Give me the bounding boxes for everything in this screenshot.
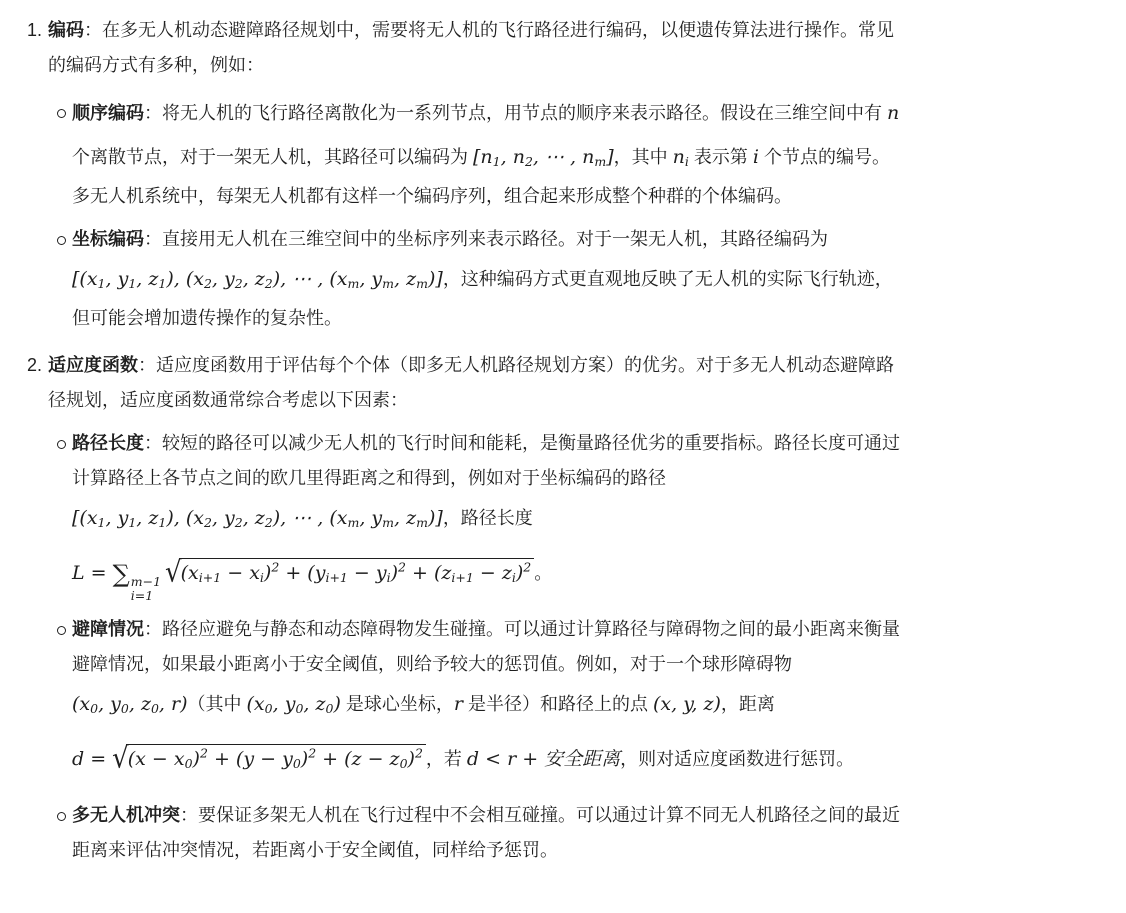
text-line: 避障情况：路径应避免与静态和动态障碍物发生碰撞。可以通过计算路径与障碍物之间的最… — [72, 612, 1126, 647]
text-run: 距离来评估冲突情况，若距离小于安全阈值，同样给予惩罚。 — [72, 840, 558, 860]
math-inline: (x0, y0, z0, r) — [72, 693, 188, 715]
text-line: 坐标编码：直接用无人机在三维空间中的坐标序列来表示路径。对于一架无人机，其路径编… — [72, 222, 1126, 257]
bold-term: 避障情况 — [72, 619, 144, 639]
list-number: 2. — [27, 348, 48, 383]
math-inline: [n1, n2, ⋯ , nm] — [473, 146, 614, 168]
ordered-list: 1.编码：在多无人机动态避障路径规划中，需要将无人机的飞行路径进行编码，以便遗传… — [0, 0, 1126, 868]
text-run: 个节点的编号。 — [759, 147, 890, 167]
bullet-marker — [48, 91, 72, 118]
text-line: 顺序编码：将无人机的飞行路径离散化为一系列节点，用节点的顺序来表示路径。假设在三… — [72, 91, 1126, 135]
text-line: 编码：在多无人机动态避障路径规划中，需要将无人机的飞行路径进行编码，以便遗传算法… — [48, 13, 1126, 48]
text-run: 多无人机系统中，每架无人机都有这样一个编码序列，组合起来形成整个种群的个体编码。 — [72, 186, 792, 206]
bold-term: 路径长度 — [72, 433, 144, 453]
sub-item-content: 避障情况：路径应避免与静态和动态障碍物发生碰撞。可以通过计算路径与障碍物之间的最… — [72, 612, 1126, 790]
bullet-marker — [48, 426, 72, 449]
math-inline: ni — [673, 146, 689, 168]
text-line: 多无人机系统中，每架无人机都有这样一个编码序列，组合起来形成整个种群的个体编码。 — [72, 179, 1126, 214]
text-run: 计算路径上各节点之间的欧几里得距离之和得到，例如对于坐标编码的路径 — [72, 468, 666, 488]
circle-bullet-icon — [57, 626, 66, 635]
text-line: 避障情况，如果最小距离小于安全阈值，则给予较大的惩罚值。例如，对于一个球形障碍物 — [72, 647, 1126, 682]
sub-list: 顺序编码：将无人机的飞行路径离散化为一系列节点，用节点的顺序来表示路径。假设在三… — [48, 91, 1126, 336]
text-line: 路径长度：较短的路径可以减少无人机的飞行时间和能耗，是衡量路径优劣的重要指标。路… — [72, 426, 1126, 461]
circle-bullet-icon — [57, 236, 66, 245]
sub-item-content: 顺序编码：将无人机的飞行路径离散化为一系列节点，用节点的顺序来表示路径。假设在三… — [72, 91, 1126, 214]
text-run: ，则对适应度函数进行惩罚。 — [620, 749, 854, 769]
text-line: 多无人机冲突：要保证多架无人机在飞行过程中不会相互碰撞。可以通过计算不同无人机路… — [72, 798, 1126, 833]
text-run: 但可能会增加遗传操作的复杂性。 — [72, 308, 342, 328]
bold-term: 多无人机冲突 — [72, 805, 180, 825]
sub-list: 路径长度：较短的路径可以减少无人机的飞行时间和能耗，是衡量路径优劣的重要指标。路… — [48, 426, 1126, 868]
sqrt-radical-icon: √ — [112, 744, 129, 773]
text-run: ，这种编码方式更直观地反映了无人机的实际飞行轨迹， — [443, 269, 893, 289]
bold-term: 顺序编码 — [72, 103, 144, 123]
bullet-marker — [48, 798, 72, 821]
text-run: 的编码方式有多种，例如： — [48, 55, 264, 75]
text-line: 距离来评估冲突情况，若距离小于安全阈值，同样给予惩罚。 — [72, 833, 1126, 868]
text-run: 表示第 — [689, 147, 753, 167]
bullet-marker — [48, 612, 72, 635]
math-inline: (x, y, z) — [653, 693, 721, 715]
text-run: ，距离 — [721, 694, 775, 714]
summation-symbol: ∑m−1i=1 — [113, 562, 165, 584]
bold-term: 适应度函数 — [48, 355, 138, 375]
sqrt-radical-icon: √ — [165, 558, 182, 587]
text-line: L = ∑m−1i=1√(xi+1 − xi)2 + (yi+1 − yi)2 … — [72, 542, 1126, 604]
text-line: 但可能会增加遗传操作的复杂性。 — [72, 301, 1126, 336]
text-run: 是半径）和路径上的点 — [463, 694, 653, 714]
sub-item-content: 坐标编码：直接用无人机在三维空间中的坐标序列来表示路径。对于一架无人机，其路径编… — [72, 222, 1126, 336]
sqrt-radicand: (xi+1 − xi)2 + (yi+1 − yi)2 + (zi+1 − zi… — [179, 558, 535, 588]
sum-upper-limit: m−1 — [131, 575, 161, 589]
text-run: ，路径长度 — [443, 508, 533, 528]
math-inline: r — [454, 693, 463, 715]
sub-list-item: 坐标编码：直接用无人机在三维空间中的坐标序列来表示路径。对于一架无人机，其路径编… — [48, 222, 1126, 336]
text-run: （其中 — [188, 694, 247, 714]
text-run: 避障情况，如果最小距离小于安全阈值，则给予较大的惩罚值。例如，对于一个球形障碍物 — [72, 654, 792, 674]
bold-term: 坐标编码 — [72, 229, 144, 249]
text-run: ：要保证多架无人机在飞行过程中不会相互碰撞。可以通过计算不同无人机路径之间的最近 — [180, 805, 900, 825]
text-run: ：直接用无人机在三维空间中的坐标序列来表示路径。对于一架无人机，其路径编码为 — [144, 229, 828, 249]
sqrt-radicand: (x − x0)2 + (y − y0)2 + (z − z0)2 — [126, 744, 426, 774]
text-run: 径规划，适应度函数通常综合考虑以下因素： — [48, 390, 408, 410]
sub-list-item: 顺序编码：将无人机的飞行路径离散化为一系列节点，用节点的顺序来表示路径。假设在三… — [48, 91, 1126, 214]
sub-list-item: 多无人机冲突：要保证多架无人机在飞行过程中不会相互碰撞。可以通过计算不同无人机路… — [48, 798, 1126, 868]
text-line: d = √(x − x0)2 + (y − y0)2 + (z − z0)2，若… — [72, 728, 1126, 790]
text-run: ：在多无人机动态避障路径规划中，需要将无人机的飞行路径进行编码，以便遗传算法进行… — [84, 20, 894, 40]
circle-bullet-icon — [57, 109, 66, 118]
text-run: 个离散节点，对于一架无人机，其路径可以编码为 — [72, 147, 473, 167]
text-run: 。 — [534, 563, 552, 583]
circle-bullet-icon — [57, 440, 66, 449]
circle-bullet-icon — [57, 812, 66, 821]
text-line: [(x1, y1, z1), (x2, y2, z2), ⋯ , (xm, ym… — [72, 496, 1126, 540]
text-line: 的编码方式有多种，例如： — [48, 48, 1126, 83]
item-content: 适应度函数：适应度函数用于评估每个个体（即多无人机路径规划方案）的优劣。对于多无… — [48, 348, 1126, 868]
text-run: ，其中 — [614, 147, 673, 167]
text-run: ：适应度函数用于评估每个个体（即多无人机路径规划方案）的优劣。对于多无人机动态避… — [138, 355, 894, 375]
text-line: [(x1, y1, z1), (x2, y2, z2), ⋯ , (xm, ym… — [72, 257, 1126, 301]
sub-item-content: 多无人机冲突：要保证多架无人机在飞行过程中不会相互碰撞。可以通过计算不同无人机路… — [72, 798, 1126, 868]
bold-term: 编码 — [48, 20, 84, 40]
ordered-list-item: 2.适应度函数：适应度函数用于评估每个个体（即多无人机路径规划方案）的优劣。对于… — [0, 348, 1126, 868]
math-inline: [(x1, y1, z1), (x2, y2, z2), ⋯ , (xm, ym… — [72, 268, 443, 290]
ordered-list-item: 1.编码：在多无人机动态避障路径规划中，需要将无人机的飞行路径进行编码，以便遗传… — [0, 13, 1126, 336]
text-run: 是球心坐标， — [341, 694, 454, 714]
text-run: ：较短的路径可以减少无人机的飞行时间和能耗，是衡量路径优劣的重要指标。路径长度可… — [144, 433, 900, 453]
sub-list-item: 路径长度：较短的路径可以减少无人机的飞行时间和能耗，是衡量路径优劣的重要指标。路… — [48, 426, 1126, 604]
bullet-marker — [48, 222, 72, 245]
list-number: 1. — [27, 13, 48, 48]
text-line: 径规划，适应度函数通常综合考虑以下因素： — [48, 383, 1126, 418]
math-inline: d < r + 安全距离 — [467, 748, 620, 770]
math-inline: n — [887, 102, 899, 124]
math-inline: (x0, y0, z0) — [247, 693, 341, 715]
text-run: ，若 — [426, 749, 467, 769]
document-page: 1.编码：在多无人机动态避障路径规划中，需要将无人机的飞行路径进行编码，以便遗传… — [0, 0, 1126, 868]
math-inline: d = — [72, 748, 112, 770]
text-line: 计算路径上各节点之间的欧几里得距离之和得到，例如对于坐标编码的路径 — [72, 461, 1126, 496]
sum-lower-limit: i=1 — [131, 589, 153, 603]
text-line: 适应度函数：适应度函数用于评估每个个体（即多无人机路径规划方案）的优劣。对于多无… — [48, 348, 1126, 383]
sub-item-content: 路径长度：较短的路径可以减少无人机的飞行时间和能耗，是衡量路径优劣的重要指标。路… — [72, 426, 1126, 604]
text-line: 个离散节点，对于一架无人机，其路径可以编码为 [n1, n2, ⋯ , nm]，… — [72, 135, 1126, 179]
text-line: (x0, y0, z0, r)（其中 (x0, y0, z0) 是球心坐标，r … — [72, 682, 1126, 726]
item-content: 编码：在多无人机动态避障路径规划中，需要将无人机的飞行路径进行编码，以便遗传算法… — [48, 13, 1126, 336]
sigma-icon: ∑ — [113, 562, 130, 586]
text-run: ：路径应避免与静态和动态障碍物发生碰撞。可以通过计算路径与障碍物之间的最小距离来… — [144, 619, 900, 639]
sub-list-item: 避障情况：路径应避免与静态和动态障碍物发生碰撞。可以通过计算路径与障碍物之间的最… — [48, 612, 1126, 790]
math-inline: [(x1, y1, z1), (x2, y2, z2), ⋯ , (xm, ym… — [72, 507, 443, 529]
math-inline: L = — [72, 562, 113, 584]
text-run: ：将无人机的飞行路径离散化为一系列节点，用节点的顺序来表示路径。假设在三维空间中… — [144, 103, 887, 123]
